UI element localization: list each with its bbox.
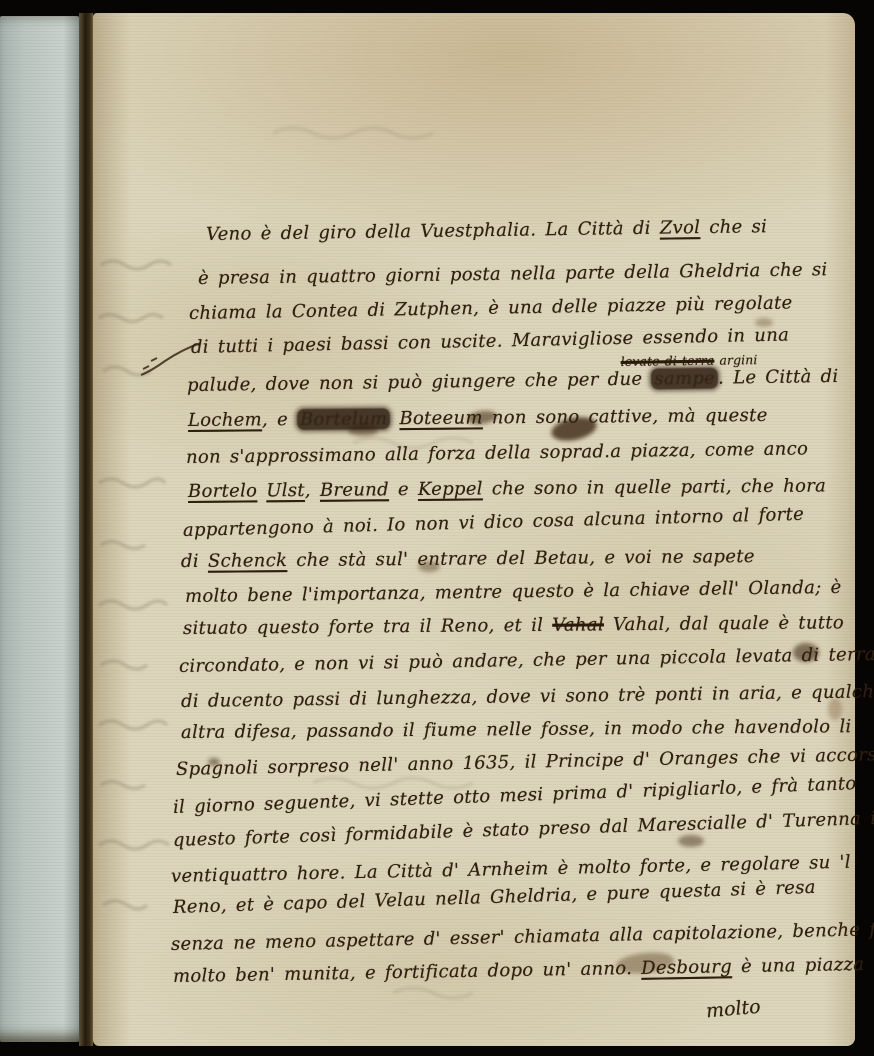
text-segment: Bortelum	[297, 408, 391, 430]
text-segment: Bortelo	[188, 480, 257, 502]
text-segment: non s'approssimano alla forza della sopr…	[186, 438, 808, 468]
text-segment: Vahal	[552, 614, 604, 635]
manuscript-line: appartengono à noi. Io non vi dico cosa …	[183, 504, 805, 541]
text-segment: chiama la Contea di Zutphen, è una delle…	[189, 292, 793, 324]
text-segment: Desbourg	[641, 956, 732, 979]
text-segment: e	[389, 479, 418, 500]
manuscript-line: di Schenck che stà sul' entrare del Beta…	[181, 546, 755, 572]
manuscript-line: senza ne meno aspettare d' esser' chiama…	[171, 918, 874, 955]
text-segment: circondato, e non vi si può andare, che …	[179, 644, 874, 677]
text-segment: senza ne meno aspettare d' esser' chiama…	[171, 918, 874, 955]
manuscript-line: Lochem, e Bortelum Boteeum non sono catt…	[188, 405, 768, 431]
text-segment: è una piazza	[732, 954, 865, 977]
text-segment: Zvol	[660, 217, 701, 239]
text-segment: molto bene l'importanza, mentre questo è…	[185, 577, 842, 607]
manuscript-line: circondato, e non vi si può andare, che …	[179, 644, 874, 677]
text-segment: argini	[714, 352, 757, 368]
binding-gutter	[79, 13, 93, 1046]
text-segment: palude, dove non si può giungere che per…	[187, 369, 652, 396]
manuscript-line: molto bene l'importanza, mentre questo è…	[185, 577, 842, 607]
text-segment: Lochem	[188, 409, 262, 431]
manuscript-line: chiama la Contea di Zutphen, è una delle…	[189, 292, 793, 324]
text-segment: sampe	[651, 368, 718, 390]
text-segment: molto ben' munita, e fortificata dopo un…	[173, 958, 642, 987]
text-segment: non sono cattive, mà queste	[483, 405, 768, 428]
text-segment: , e	[262, 409, 297, 430]
manuscript-line: Bortelo Ulst, Breund e Keppel che sono i…	[188, 475, 826, 502]
text-segment: Breund	[320, 479, 389, 501]
text-segment: di	[181, 551, 208, 572]
letter-scan: Veno è del giro della Vuestphalia. La Ci…	[0, 0, 874, 1056]
text-segment: Ulst	[266, 480, 305, 501]
manuscript-line: molto ben' munita, e fortificata dopo un…	[173, 954, 865, 987]
text-segment: che si	[700, 216, 767, 238]
manuscript-line: palude, dove non si può giungere che per…	[187, 366, 839, 396]
text-segment: è presa in quattro giorni posta nella pa…	[198, 259, 828, 289]
text-segment: ,	[305, 480, 320, 501]
text-segment: situato questo forte tra il Reno, et il	[183, 615, 552, 639]
manuscript-line: Veno è del giro della Vuestphalia. La Ci…	[206, 216, 767, 245]
adjacent-page-edge	[0, 16, 79, 1042]
text-segment: altra difesa, passando il fiume nelle fo…	[181, 716, 852, 743]
manuscript-line: è presa in quattro giorni posta nella pa…	[198, 259, 828, 289]
text-segment: . Le Città di	[718, 366, 839, 389]
manuscript-line: situato questo forte tra il Reno, et il …	[183, 612, 844, 639]
manuscript-line: non s'approssimano alla forza della sopr…	[186, 438, 808, 468]
manuscript-line: altra difesa, passando il fiume nelle fo…	[181, 716, 852, 743]
manuscript-line: Spagnoli sorpreso nell' anno 1635, il Pr…	[176, 744, 874, 780]
text-segment: Spagnoli sorpreso nell' anno 1635, il Pr…	[176, 744, 874, 780]
text-segment: di ducento passi di lunghezza, dove vi s…	[181, 681, 874, 712]
text-segment: Vahal, dal quale è tutto	[604, 612, 844, 635]
text-segment: Veno è del giro della Vuestphalia. La Ci…	[206, 218, 660, 245]
text-block: Veno è del giro della Vuestphalia. La Ci…	[93, 13, 855, 1046]
manuscript-line: di ducento passi di lunghezza, dove vi s…	[181, 681, 874, 712]
interlinear-correction: levate di terra argini	[621, 352, 758, 369]
text-segment: Schenck	[208, 550, 288, 572]
text-segment: che sono in quelle parti, che hora	[483, 475, 826, 499]
manuscript-page: Veno è del giro della Vuestphalia. La Ci…	[93, 13, 855, 1046]
text-segment: che stà sul' entrare del Betau, e voi ne…	[287, 546, 755, 571]
text-segment: Keppel	[418, 478, 483, 500]
text-segment: Boteeum	[399, 407, 483, 429]
text-segment: appartengono à noi. Io non vi dico cosa …	[183, 504, 805, 541]
text-segment: levate di terra	[621, 353, 715, 369]
